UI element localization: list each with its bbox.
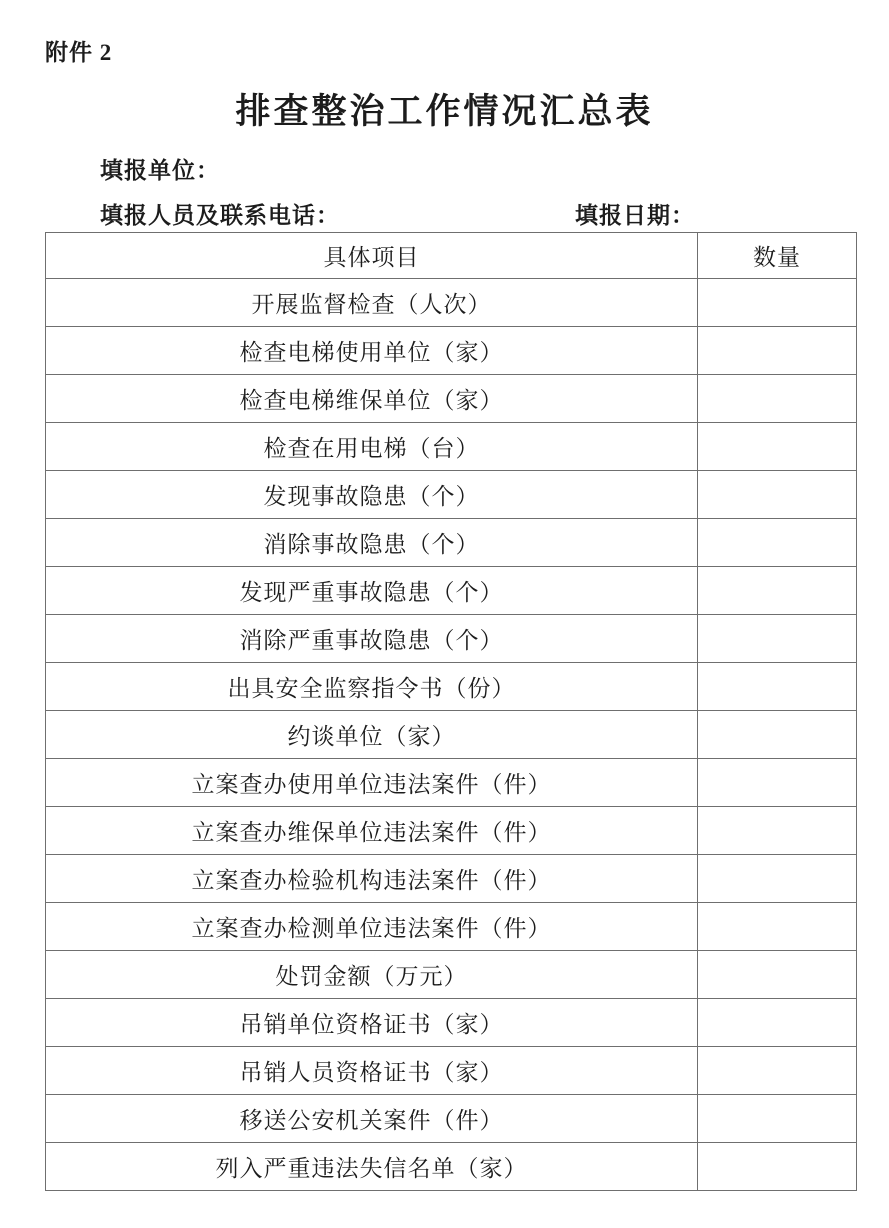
- summary-table: 具体项目 数量 开展监督检查（人次）检查电梯使用单位（家）检查电梯维保单位（家）…: [45, 232, 857, 1191]
- item-cell: 吊销单位资格证书（家）: [46, 999, 698, 1047]
- item-cell: 移送公安机关案件（件）: [46, 1095, 698, 1143]
- table-row: 消除事故隐患（个）: [46, 519, 857, 567]
- quantity-cell: [698, 663, 857, 711]
- table-row: 列入严重违法失信名单（家）: [46, 1143, 857, 1191]
- table-row: 立案查办维保单位违法案件（件）: [46, 807, 857, 855]
- table-row: 检查电梯维保单位（家）: [46, 375, 857, 423]
- table-row: 消除严重事故隐患（个）: [46, 615, 857, 663]
- item-cell: 检查在用电梯（台）: [46, 423, 698, 471]
- table-row: 约谈单位（家）: [46, 711, 857, 759]
- table-row: 发现严重事故隐患（个）: [46, 567, 857, 615]
- quantity-cell: [698, 1143, 857, 1191]
- quantity-cell: [698, 423, 857, 471]
- quantity-cell: [698, 999, 857, 1047]
- reporting-person-line: 填报人员及联系电话： 填报日期：: [100, 197, 856, 230]
- reporting-unit-label: 填报单位：: [100, 158, 220, 183]
- quantity-cell: [698, 759, 857, 807]
- reporting-unit-line: 填报单位：: [100, 152, 220, 185]
- reporting-date-label: 填报日期：: [575, 197, 695, 230]
- table-row: 立案查办检测单位违法案件（件）: [46, 903, 857, 951]
- summary-table-body: 开展监督检查（人次）检查电梯使用单位（家）检查电梯维保单位（家）检查在用电梯（台…: [46, 279, 857, 1191]
- page-title: 排查整治工作情况汇总表: [0, 84, 889, 134]
- quantity-cell: [698, 279, 857, 327]
- item-cell: 列入严重违法失信名单（家）: [46, 1143, 698, 1191]
- item-cell: 消除严重事故隐患（个）: [46, 615, 698, 663]
- item-cell: 立案查办使用单位违法案件（件）: [46, 759, 698, 807]
- document-page: 附件 2 排查整治工作情况汇总表 填报单位： 填报人员及联系电话： 填报日期： …: [0, 0, 889, 1228]
- table-header-row: 具体项目 数量: [46, 233, 857, 279]
- item-cell: 开展监督检查（人次）: [46, 279, 698, 327]
- quantity-cell: [698, 1047, 857, 1095]
- quantity-cell: [698, 375, 857, 423]
- item-cell: 立案查办检测单位违法案件（件）: [46, 903, 698, 951]
- table-row: 吊销人员资格证书（家）: [46, 1047, 857, 1095]
- table-row: 出具安全监察指令书（份）: [46, 663, 857, 711]
- quantity-cell: [698, 471, 857, 519]
- quantity-cell: [698, 711, 857, 759]
- quantity-cell: [698, 951, 857, 999]
- quantity-cell: [698, 615, 857, 663]
- item-cell: 立案查办维保单位违法案件（件）: [46, 807, 698, 855]
- item-cell: 检查电梯使用单位（家）: [46, 327, 698, 375]
- table-row: 移送公安机关案件（件）: [46, 1095, 857, 1143]
- quantity-cell: [698, 567, 857, 615]
- item-cell: 吊销人员资格证书（家）: [46, 1047, 698, 1095]
- table-row: 吊销单位资格证书（家）: [46, 999, 857, 1047]
- item-cell: 出具安全监察指令书（份）: [46, 663, 698, 711]
- table-row: 立案查办使用单位违法案件（件）: [46, 759, 857, 807]
- quantity-cell: [698, 855, 857, 903]
- quantity-cell: [698, 327, 857, 375]
- item-cell: 发现事故隐患（个）: [46, 471, 698, 519]
- table-row: 检查在用电梯（台）: [46, 423, 857, 471]
- item-cell: 处罚金额（万元）: [46, 951, 698, 999]
- reporting-person-phone-label: 填报人员及联系电话：: [100, 203, 340, 228]
- attachment-label: 附件 2: [45, 34, 112, 67]
- quantity-cell: [698, 903, 857, 951]
- table-row: 处罚金额（万元）: [46, 951, 857, 999]
- quantity-cell: [698, 1095, 857, 1143]
- table-row: 开展监督检查（人次）: [46, 279, 857, 327]
- item-cell: 检查电梯维保单位（家）: [46, 375, 698, 423]
- table-row: 检查电梯使用单位（家）: [46, 327, 857, 375]
- item-cell: 发现严重事故隐患（个）: [46, 567, 698, 615]
- quantity-cell: [698, 807, 857, 855]
- column-header-quantity: 数量: [698, 233, 857, 279]
- item-cell: 约谈单位（家）: [46, 711, 698, 759]
- item-cell: 消除事故隐患（个）: [46, 519, 698, 567]
- table-row: 立案查办检验机构违法案件（件）: [46, 855, 857, 903]
- item-cell: 立案查办检验机构违法案件（件）: [46, 855, 698, 903]
- quantity-cell: [698, 519, 857, 567]
- table-row: 发现事故隐患（个）: [46, 471, 857, 519]
- column-header-item: 具体项目: [46, 233, 698, 279]
